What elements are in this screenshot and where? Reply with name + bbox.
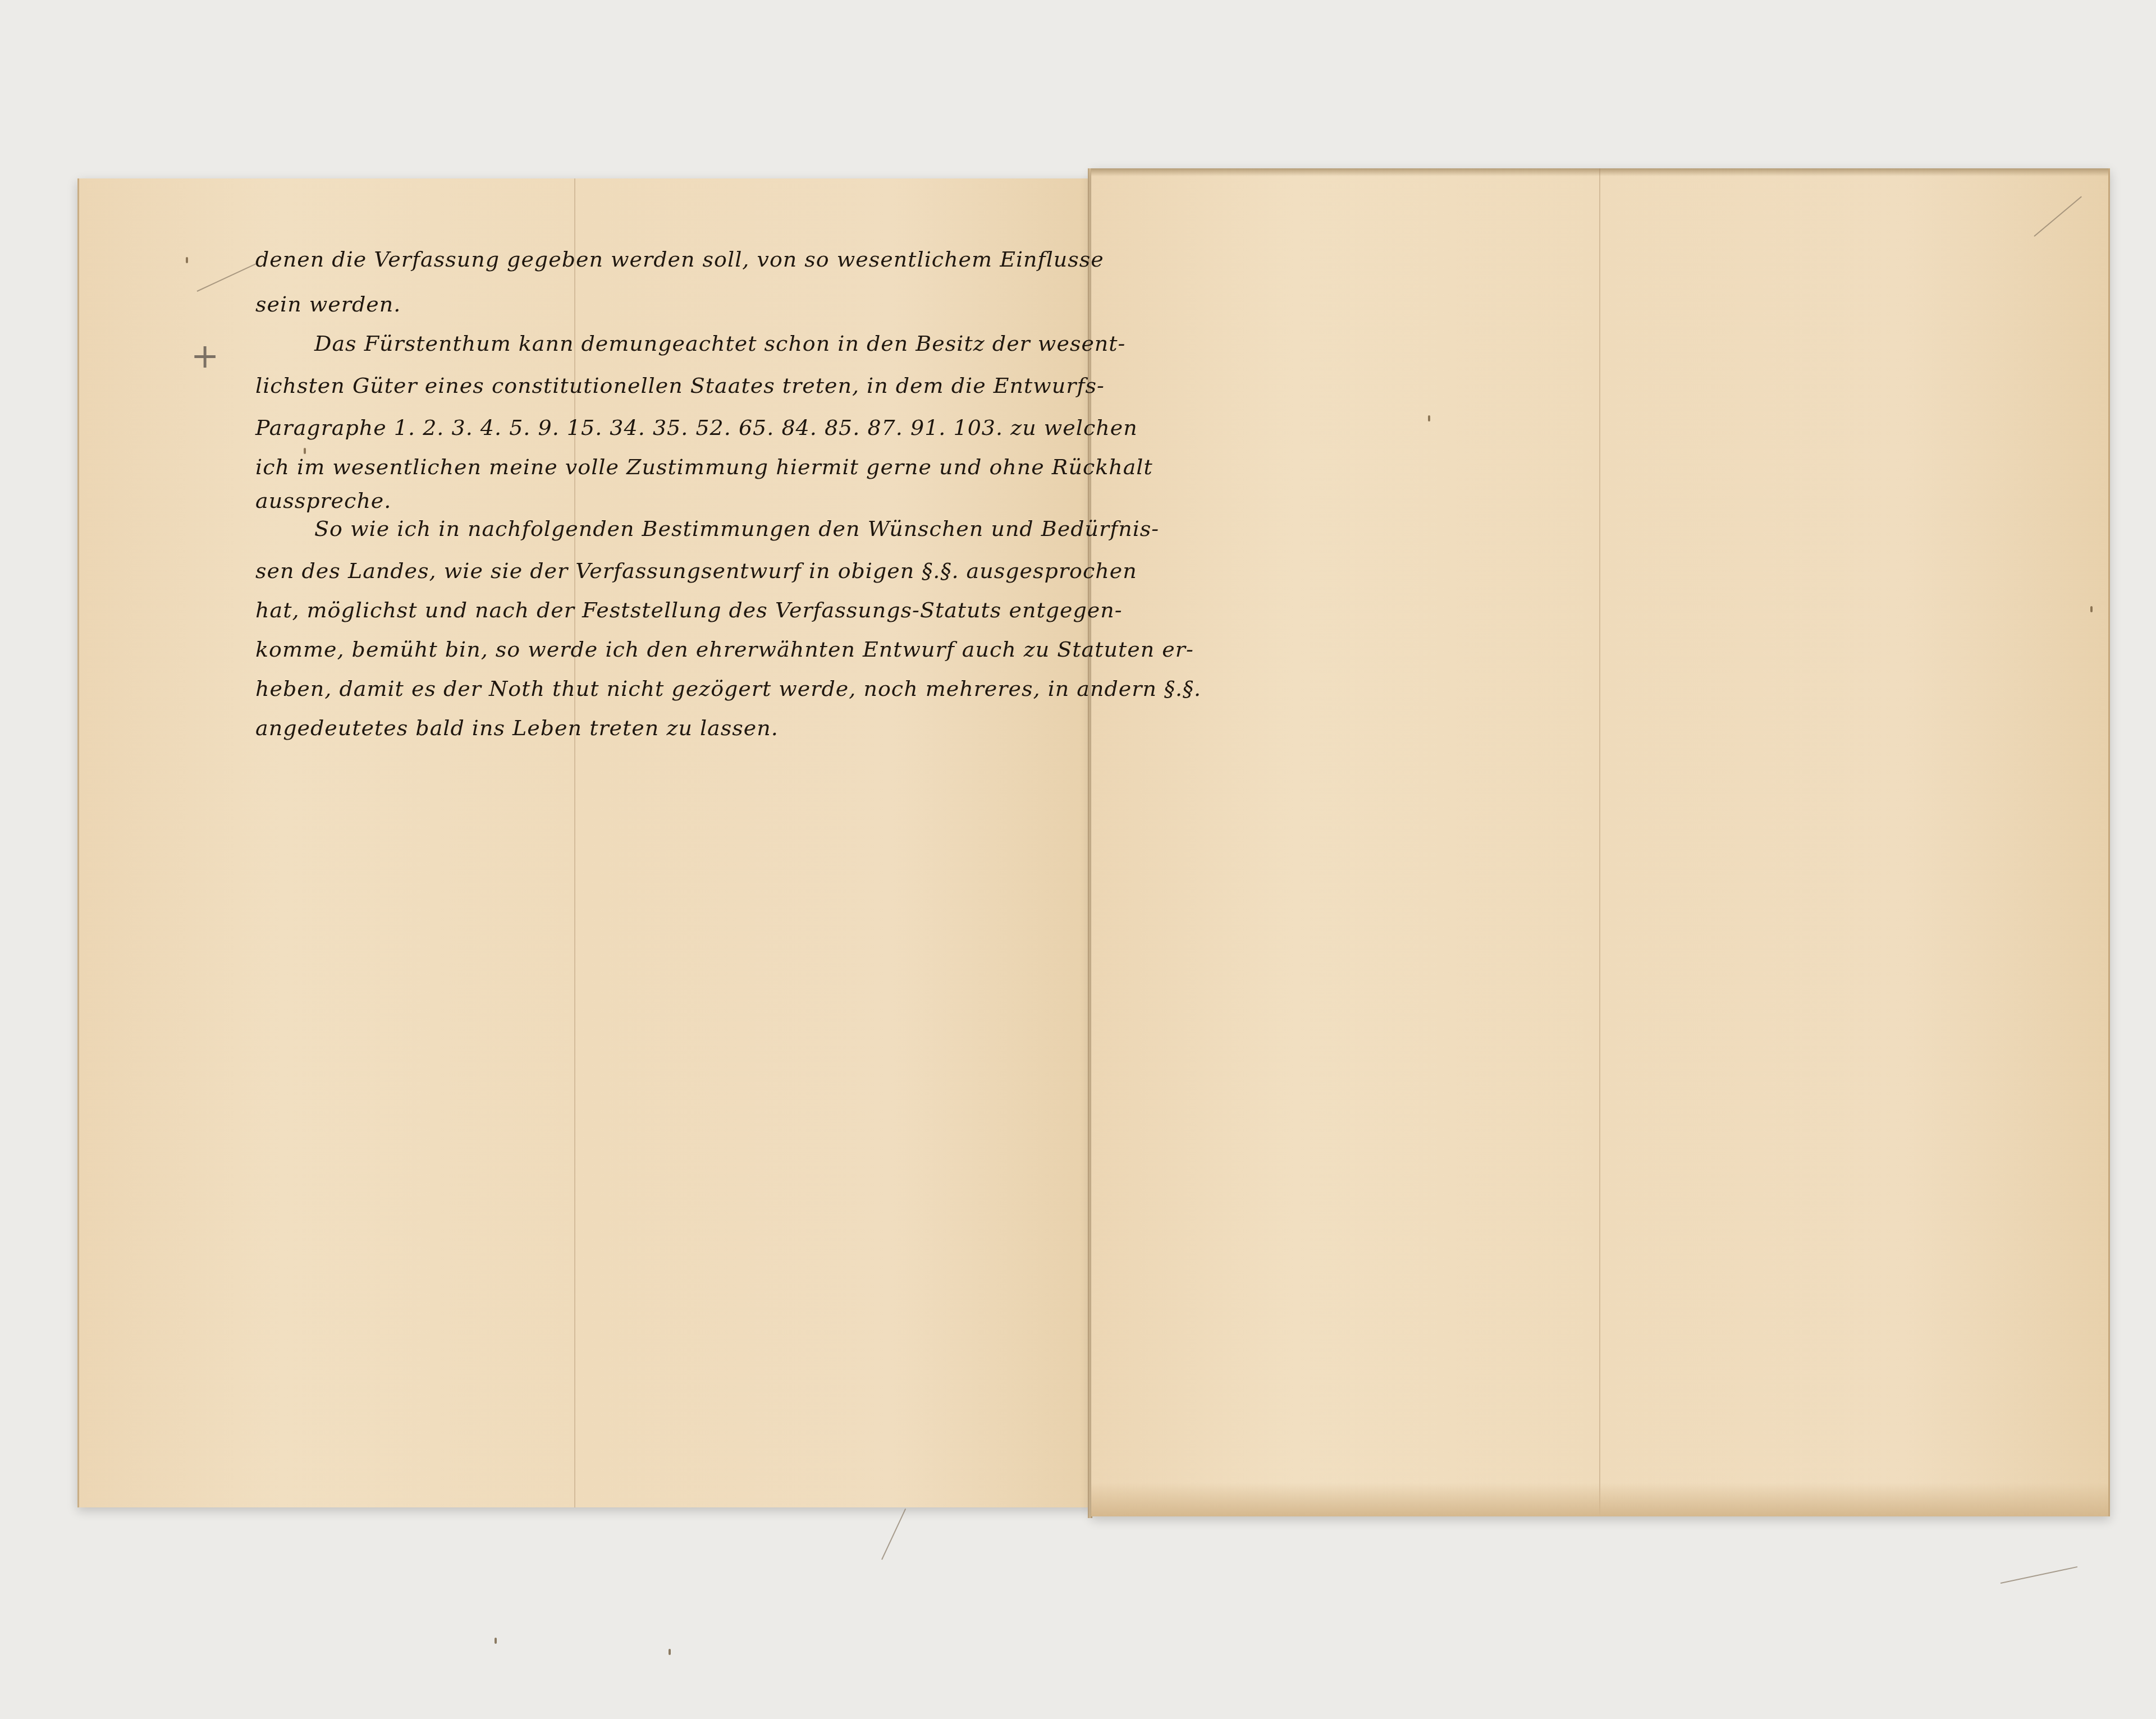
text-line: Das Fürstenthum kann demungeachtet schon… [314,331,1125,356]
fold-line [1599,168,1600,1516]
text-line: hat, möglichst und nach der Feststellung… [255,598,1123,622]
pencil-stroke [197,262,259,292]
text-line: ich im wesentlichen meine volle Zustimmu… [255,455,1153,479]
text-line: komme, bemüht bin, so werde ich den ehre… [255,637,1194,662]
text-line: sein werden. [255,292,401,317]
text-line: angedeutetes bald ins Leben treten zu la… [255,716,779,740]
text-line: denen die Verfassung gegeben werden soll… [255,247,1104,272]
text-line: Paragraphe 1. 2. 3. 4. 5. 9. 15. 34. 35.… [255,415,1138,440]
text-line: lichsten Güter eines constitutionellen S… [255,373,1105,398]
text-line: ausspreche. [255,488,391,513]
text-line: So wie ich in nachfolgenden Bestimmungen… [314,516,1159,541]
text-line: heben, damit es der Noth thut nicht gezö… [255,676,1201,701]
pencil-cross-mark: + [191,337,219,376]
right-page [1091,168,2110,1516]
pencil-stroke [881,1509,906,1560]
pencil-stroke [2001,1566,2077,1584]
text-line: sen des Landes, wie sie der Verfassungse… [255,558,1137,583]
pencil-stroke [2034,196,2082,237]
